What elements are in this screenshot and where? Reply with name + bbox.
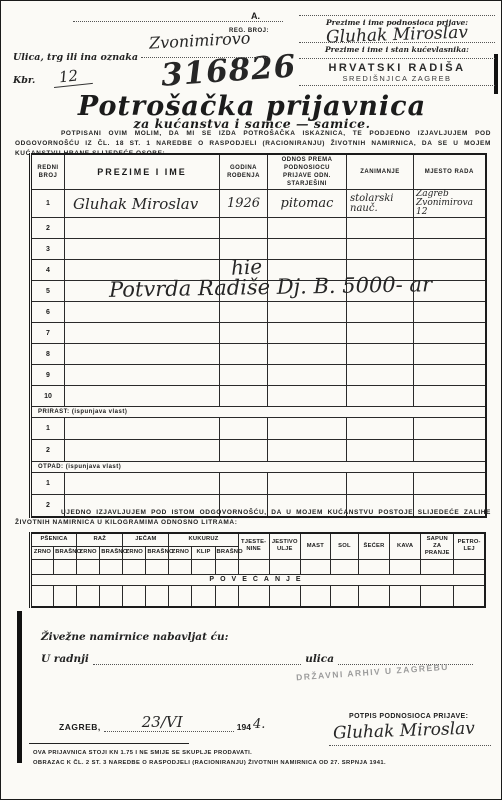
house-number-label: Kbr. [13, 75, 35, 86]
house-number-value: 12 [52, 65, 93, 88]
sub-zrno: ZRNO [169, 546, 192, 559]
col-header-mjesto-rada: MJESTO RADA [414, 154, 486, 190]
table-row: 7 [31, 323, 486, 344]
table-row: 10 [31, 386, 486, 407]
date-value: 23/VI [142, 713, 183, 731]
col-kava: KAVA [390, 533, 421, 559]
date-fill-line: 23/VI [104, 722, 234, 732]
signature-value: Gluhak Miroslav [333, 719, 475, 744]
purchase-shop-row: U radnji ulica [41, 653, 473, 665]
street-label: Ulica, trg ili ina oznaka [13, 52, 138, 63]
table-row: 2 [31, 218, 486, 239]
table-row: 8 [31, 344, 486, 365]
prirast-section-row: PRIRAST: (ispunjava vlast) [31, 407, 486, 418]
sub-brasno: BRAŠNO [100, 546, 123, 559]
col-kukuruz: KUKURUZ [169, 533, 238, 546]
col-jecam: JEČAM [123, 533, 169, 546]
stock-empty-row [31, 585, 486, 607]
city-label: ZAGREB, [59, 722, 101, 732]
stock-group-header-row: PŠENICA RAŽ JEČAM KUKURUZ TJESTE-NINE JE… [31, 533, 486, 546]
row-number: 2 [31, 440, 65, 462]
table-row: 9 [31, 365, 486, 386]
row-number: 7 [31, 323, 65, 344]
col-header-godina: GODINA ROĐENJA [220, 154, 268, 190]
signature-line [329, 745, 491, 746]
table-row: 1 Gluhak Miroslav 1926 pitomac stolarski… [31, 190, 486, 218]
row-number: 8 [31, 344, 65, 365]
date-row: ZAGREB, 23/VI 194 4. [59, 717, 265, 732]
table-row: 1 [31, 418, 486, 440]
sub-brasno: BRAŠNO [215, 546, 238, 559]
povecanje-label: POVEĆANJE [31, 574, 486, 585]
street-fill-line [141, 57, 269, 58]
scan-artifact-left-edge [17, 611, 22, 763]
col-tjestenine: TJESTE-NINE [238, 533, 269, 559]
sub-zrno: ZRNO [77, 546, 100, 559]
sub-brasno: BRAŠNO [146, 546, 169, 559]
row-number: 1 [31, 418, 65, 440]
organization-name: HRVATSKI RADIŠA [299, 62, 495, 74]
stock-empty-row [31, 559, 486, 574]
year-written: 4. [253, 717, 265, 732]
povecanje-row: POVEĆANJE [31, 574, 486, 585]
dotted-line [299, 15, 495, 16]
stock-declaration-paragraph: UJEDNO IZJAVLJUJEM POD ISTOM ODGOVORNOŠĆ… [15, 508, 491, 528]
entry-occupation: stolarski nauč. [347, 194, 413, 214]
household-members-table: REDNI BROJ PREZIME I IME GODINA ROĐENJA … [29, 153, 487, 518]
row-number: 10 [31, 386, 65, 407]
dotted-line [73, 21, 283, 22]
entry-workplace: Zagreb Zvonimirova 12 [414, 190, 485, 217]
table-row: 2 [31, 440, 486, 462]
row-number: 1 [31, 190, 65, 218]
shop-fill-line [93, 653, 301, 665]
col-sapun: SAPUN ZA PRANJE [421, 533, 454, 559]
col-sol: SOL [330, 533, 358, 559]
fine-print-2: OBRAZAC K ČL. 2 ST. 3 NAREDBE O RASPODJE… [33, 758, 483, 768]
otpad-section-row: OTPAD: (ispunjava vlast) [31, 462, 486, 473]
street-fill-line-2 [338, 653, 473, 665]
table-row: 6 [31, 302, 486, 323]
row-number: 9 [31, 365, 65, 386]
sub-zrno: ZRNO [31, 546, 54, 559]
sub-zrno: ZRNO [123, 546, 146, 559]
entry-name: Gluhak Miroslav [65, 195, 198, 213]
col-jestivo-ulje: JESTIVO ULJE [269, 533, 300, 559]
col-raz: RAŽ [77, 533, 123, 546]
purchase-intro: Živežne namirnice nabavljat ću: [41, 631, 228, 643]
col-header-redni-broj: REDNI BROJ [31, 154, 65, 190]
col-header-prezime-ime: PREZIME I IME [65, 154, 220, 190]
organization-subtitle: SREDIŠNJICA ZAGREB [299, 74, 495, 83]
col-header-odnos: ODNOS PREMA PODNOSIOCU PRIJAVE ODN. STAR… [268, 154, 347, 190]
food-stock-table: PŠENICA RAŽ JEČAM KUKURUZ TJESTE-NINE JE… [29, 532, 486, 608]
col-petrolej: PETRO-LEJ [454, 533, 485, 559]
scanned-form-page: A. REG. BROJ: 316826 Prezime i ime podno… [0, 0, 502, 800]
prirast-label: PRIRAST: (ispunjava vlast) [31, 407, 486, 418]
street-label-2: ulica [305, 653, 334, 665]
year-printed: 194 [237, 722, 251, 732]
fineprint-divider [29, 743, 189, 744]
col-mast: MAST [300, 533, 330, 559]
otpad-label: OTPAD: (ispunjava vlast) [31, 462, 486, 473]
sub-brasno: BRAŠNO [54, 546, 77, 559]
applicant-header-block: Prezime i ime podnosioca prijave: Gluhak… [299, 15, 495, 86]
col-psenica: PŠENICA [31, 533, 77, 546]
col-secer: ŠEĆER [358, 533, 389, 559]
table-header-row: REDNI BROJ PREZIME I IME GODINA ROĐENJA … [31, 154, 486, 190]
sub-klip: KLIP [192, 546, 215, 559]
row-number: 5 [31, 281, 65, 302]
entry-birth-year: 1926 [227, 196, 260, 211]
col-header-zanimanje: ZANIMANJE [347, 154, 414, 190]
row-number: 3 [31, 239, 65, 260]
row-number: 1 [31, 473, 65, 495]
street-row: Ulica, trg ili ina oznaka [13, 47, 273, 65]
form-series-letter: A. [251, 11, 260, 21]
organization-stamp: HRVATSKI RADIŠA SREDIŠNJICA ZAGREB [299, 58, 495, 86]
table-row: 1 [31, 473, 486, 495]
fine-print-1: OVA PRIJAVNICA STOJI KN 1.75 I NE SMIJE … [33, 748, 483, 758]
row-number: 2 [31, 218, 65, 239]
entry-relation: pitomac [281, 196, 334, 211]
row-number: 6 [31, 302, 65, 323]
row-number: 4 [31, 260, 65, 281]
shop-label: U radnji [41, 653, 89, 665]
